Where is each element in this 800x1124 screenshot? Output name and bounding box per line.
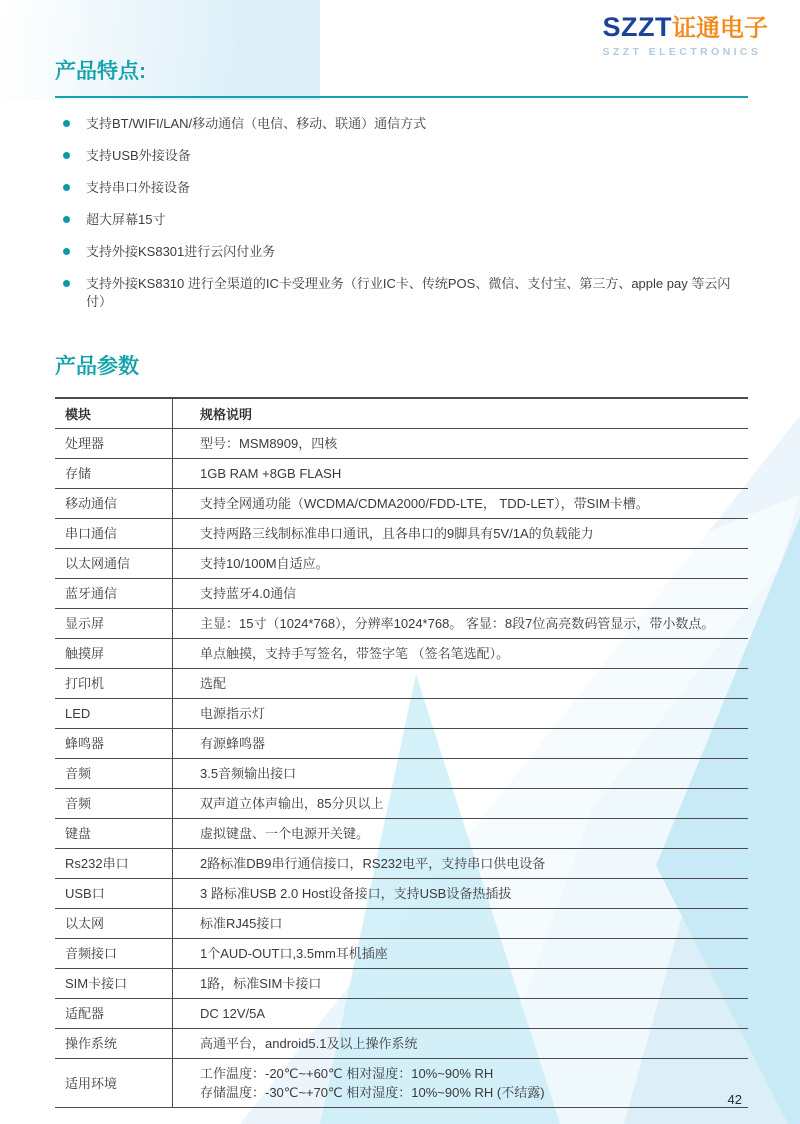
spec-table-header-spec: 规格说明	[173, 398, 749, 429]
spec-value-cell: 支持10/100M自适应。	[173, 549, 749, 579]
spec-value-cell: 双声道立体声输出，85分贝以上	[173, 789, 749, 819]
brand-logo-en: SZZT	[603, 12, 673, 42]
spec-module-cell: 适用环境	[55, 1059, 173, 1108]
spec-module-cell: 显示屏	[55, 609, 173, 639]
bullet-icon	[63, 184, 70, 191]
feature-item-text: 超大屏幕15寸	[86, 211, 165, 229]
bullet-icon	[63, 280, 70, 287]
page-number: 42	[728, 1092, 742, 1107]
spec-table-row: 打印机选配	[55, 669, 748, 699]
spec-value-cell: 3.5音频输出接口	[173, 759, 749, 789]
spec-table-row: 触摸屏单点触摸，支持手写签名，带签字笔 （签名笔选配）。	[55, 639, 748, 669]
spec-module-cell: USB口	[55, 879, 173, 909]
feature-item-text: 支持BT/WIFI/LAN/移动通信（电信、移动、联通）通信方式	[86, 115, 426, 133]
spec-table-row: 以太网通信支持10/100M自适应。	[55, 549, 748, 579]
spec-module-cell: 移动通信	[55, 489, 173, 519]
spec-module-cell: 操作系统	[55, 1029, 173, 1059]
spec-table-row: 键盘虚拟键盘、一个电源开关键。	[55, 819, 748, 849]
spec-table-row: 处理器型号：MSM8909，四核	[55, 429, 748, 459]
spec-table-header-row: 模块 规格说明	[55, 398, 748, 429]
feature-item-text: 支持外接KS8301进行云闪付业务	[86, 243, 275, 261]
spec-value-cell: 3 路标准USB 2.0 Host设备接口，支持USB设备热插拔	[173, 879, 749, 909]
spec-table-row: 显示屏主显：15寸（1024*768），分辨率1024*768。 客显：8段7位…	[55, 609, 748, 639]
spec-value-cell: 型号：MSM8909，四核	[173, 429, 749, 459]
spec-table-row: 操作系统高通平台，android5.1及以上操作系统	[55, 1029, 748, 1059]
spec-value-cell: 支持全网通功能（WCDMA/CDMA2000/FDD-LTE， TDD-LET）…	[173, 489, 749, 519]
spec-table-row: 存储1GB RAM +8GB FLASH	[55, 459, 748, 489]
bullet-icon	[63, 248, 70, 255]
spec-table-row: 适用环境工作温度：-20℃~+60℃ 相对湿度：10%~90% RH 存储温度：…	[55, 1059, 748, 1108]
spec-value-cell: 工作温度：-20℃~+60℃ 相对湿度：10%~90% RH 存储温度：-30℃…	[173, 1059, 749, 1108]
feature-item: 支持串口外接设备	[55, 179, 748, 197]
spec-table-row: SIM卡接口1路，标准SIM卡接口	[55, 969, 748, 999]
spec-table-row: USB口3 路标准USB 2.0 Host设备接口，支持USB设备热插拔	[55, 879, 748, 909]
feature-item-text: 支持外接KS8310 进行全渠道的IC卡受理业务（行业IC卡、传统POS、微信、…	[86, 275, 748, 311]
spec-module-cell: 以太网通信	[55, 549, 173, 579]
feature-item-text: 支持串口外接设备	[86, 179, 190, 197]
page-content: 产品特点: 支持BT/WIFI/LAN/移动通信（电信、移动、联通）通信方式支持…	[0, 0, 800, 1108]
spec-table-row: Rs232串口2路标准DB9串行通信接口，RS232电平，支持串口供电设备	[55, 849, 748, 879]
bullet-icon	[63, 120, 70, 127]
spec-module-cell: LED	[55, 699, 173, 729]
spec-value-cell: DC 12V/5A	[173, 999, 749, 1029]
spec-module-cell: 键盘	[55, 819, 173, 849]
spec-table-row: 移动通信支持全网通功能（WCDMA/CDMA2000/FDD-LTE， TDD-…	[55, 489, 748, 519]
spec-table-row: LED电源指示灯	[55, 699, 748, 729]
feature-item: 支持BT/WIFI/LAN/移动通信（电信、移动、联通）通信方式	[55, 115, 748, 133]
spec-value-cell: 1个AUD-OUT口,3.5mm耳机插座	[173, 939, 749, 969]
spec-value-cell: 电源指示灯	[173, 699, 749, 729]
spec-value-cell: 高通平台，android5.1及以上操作系统	[173, 1029, 749, 1059]
bullet-icon	[63, 152, 70, 159]
spec-value-cell: 1路，标准SIM卡接口	[173, 969, 749, 999]
spec-module-cell: 音频接口	[55, 939, 173, 969]
brand-logo-cn: 证通电子	[672, 15, 768, 42]
spec-value-cell: 虚拟键盘、一个电源开关键。	[173, 819, 749, 849]
spec-module-cell: 存储	[55, 459, 173, 489]
spec-module-cell: 触摸屏	[55, 639, 173, 669]
feature-item-text: 支持USB外接设备	[86, 147, 191, 165]
spec-value-cell: 有源蜂鸣器	[173, 729, 749, 759]
spec-table-row: 蓝牙通信支持蓝牙4.0通信	[55, 579, 748, 609]
spec-table-row: 以太网标准RJ45接口	[55, 909, 748, 939]
spec-module-cell: 处理器	[55, 429, 173, 459]
spec-table: 模块 规格说明 处理器型号：MSM8909，四核存储1GB RAM +8GB F…	[55, 397, 748, 1108]
spec-table-row: 音频双声道立体声输出，85分贝以上	[55, 789, 748, 819]
spec-module-cell: SIM卡接口	[55, 969, 173, 999]
spec-module-cell: 蓝牙通信	[55, 579, 173, 609]
spec-table-row: 蜂鸣器有源蜂鸣器	[55, 729, 748, 759]
spec-module-cell: 串口通信	[55, 519, 173, 549]
spec-table-row: 音频3.5音频输出接口	[55, 759, 748, 789]
spec-value-cell: 主显：15寸（1024*768），分辨率1024*768。 客显：8段7位高亮数…	[173, 609, 749, 639]
feature-list: 支持BT/WIFI/LAN/移动通信（电信、移动、联通）通信方式支持USB外接设…	[55, 115, 748, 311]
feature-item: 超大屏幕15寸	[55, 211, 748, 229]
spec-module-cell: 适配器	[55, 999, 173, 1029]
brand-logo: SZZT证通电子 SZZT ELECTRONICS	[603, 14, 769, 58]
specs-section-title: 产品参数	[55, 353, 748, 381]
spec-table-row: 音频接口1个AUD-OUT口,3.5mm耳机插座	[55, 939, 748, 969]
spec-value-cell: 标准RJ45接口	[173, 909, 749, 939]
spec-table-header-module: 模块	[55, 398, 173, 429]
bullet-icon	[63, 216, 70, 223]
spec-module-cell: 打印机	[55, 669, 173, 699]
spec-module-cell: 音频	[55, 789, 173, 819]
spec-value-cell: 单点触摸，支持手写签名，带签字笔 （签名笔选配）。	[173, 639, 749, 669]
spec-module-cell: 以太网	[55, 909, 173, 939]
spec-value-cell: 支持两路三线制标准串口通讯，且各串口的9脚具有5V/1A的负载能力	[173, 519, 749, 549]
spec-value-cell: 选配	[173, 669, 749, 699]
spec-value-cell: 支持蓝牙4.0通信	[173, 579, 749, 609]
spec-module-cell: Rs232串口	[55, 849, 173, 879]
feature-item: 支持USB外接设备	[55, 147, 748, 165]
feature-item: 支持外接KS8301进行云闪付业务	[55, 243, 748, 261]
spec-table-row: 适配器DC 12V/5A	[55, 999, 748, 1029]
spec-value-cell: 2路标准DB9串行通信接口，RS232电平，支持串口供电设备	[173, 849, 749, 879]
spec-module-cell: 音频	[55, 759, 173, 789]
spec-module-cell: 蜂鸣器	[55, 729, 173, 759]
brand-logo-subtitle: SZZT ELECTRONICS	[603, 46, 769, 58]
spec-table-row: 串口通信支持两路三线制标准串口通讯，且各串口的9脚具有5V/1A的负载能力	[55, 519, 748, 549]
spec-value-cell: 1GB RAM +8GB FLASH	[173, 459, 749, 489]
feature-item: 支持外接KS8310 进行全渠道的IC卡受理业务（行业IC卡、传统POS、微信、…	[55, 275, 748, 311]
brand-logo-main: SZZT证通电子	[603, 14, 769, 45]
